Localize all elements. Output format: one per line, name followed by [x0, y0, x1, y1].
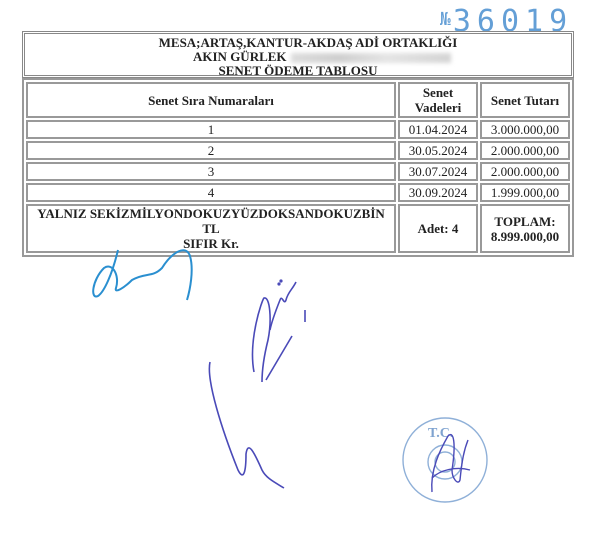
signatures-layer: T.C. — [0, 0, 600, 548]
signature-left-icon — [93, 250, 191, 300]
svg-text:T.C.: T.C. — [428, 426, 453, 441]
signature-center-icon — [209, 280, 305, 488]
stamp-signature-icon — [432, 435, 470, 492]
official-stamp-icon: T.C. — [403, 418, 487, 502]
